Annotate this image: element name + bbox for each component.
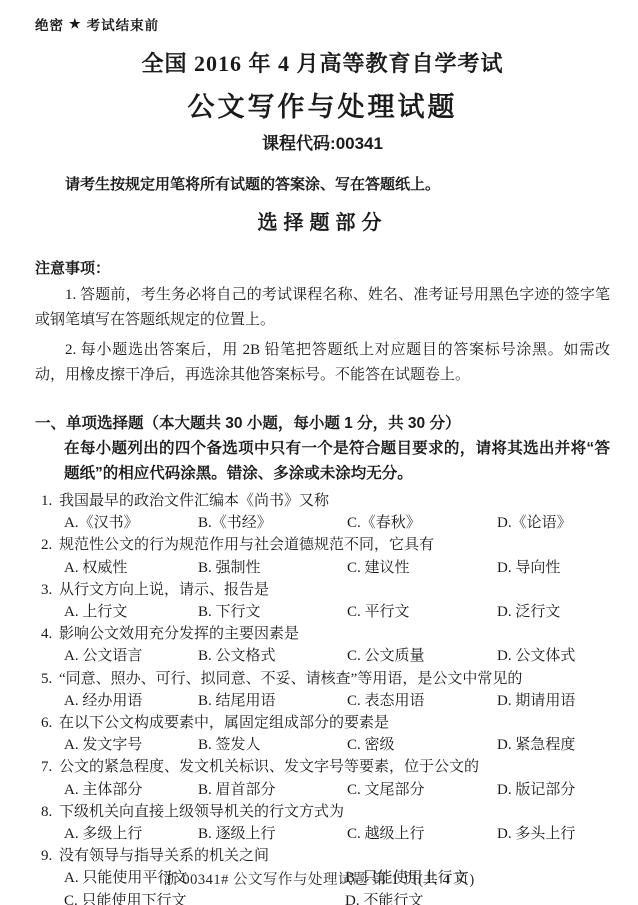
question-6: 6. 在以下公文构成要素中，属固定组成部分的要素是 A. 发文字号 B. 签发人… [35, 712, 610, 756]
option-d: D. 导向性 [497, 557, 610, 579]
section-title: 选择题部分 [35, 206, 610, 235]
option-a: A. 权威性 [64, 557, 198, 579]
question-number: 3. [35, 579, 59, 601]
option-b: B. 结尾用语 [198, 690, 347, 712]
secret-banner: 绝密 ★ 考试结束前 [35, 14, 610, 34]
option-b: B. 强制性 [198, 557, 347, 579]
option-a: A. 公文语言 [64, 645, 198, 667]
question-options: A. 经办用语 B. 结尾用语 C. 表态用语 D. 期请用语 [35, 690, 610, 712]
question-number: 5. [35, 668, 59, 690]
option-c: C. 越级上行 [347, 823, 497, 845]
question-3: 3. 从行文方向上说，请示、报告是 A. 上行文 B. 下行文 C. 平行文 D… [35, 579, 610, 623]
question-stem: 下级机关向直接上级领导机关的行文方式为 [59, 801, 610, 823]
question-1: 1. 我国最早的政治文件汇编本《尚书》又称 A.《汉书》 B.《书经》 C.《春… [35, 490, 610, 534]
part1-heading: 一、单项选择题（本大题共 30 小题，每小题 1 分，共 30 分） [35, 411, 610, 433]
question-number: 1. [35, 490, 59, 512]
option-d: D. 版记部分 [497, 779, 610, 801]
option-a: A. 上行文 [64, 601, 198, 623]
question-stem: 从行文方向上说，请示、报告是 [59, 579, 610, 601]
star-icon: ★ [69, 16, 82, 32]
question-4: 4. 影响公文效用充分发挥的主要因素是 A. 公文语言 B. 公文格式 C. 公… [35, 623, 610, 667]
question-8: 8. 下级机关向直接上级领导机关的行文方式为 A. 多级上行 B. 逐级上行 C… [35, 801, 610, 845]
question-7: 7. 公文的紧急程度、发文机关标识、发文字号等要素，位于公文的 A. 主体部分 … [35, 756, 610, 800]
option-b: B. 下行文 [198, 601, 347, 623]
option-d: D. 不能行文 [345, 890, 610, 905]
option-a: A. 发文字号 [64, 734, 198, 756]
answer-sheet-notice: 请考生按规定用笔将所有试题的答案涂、写在答题纸上。 [35, 173, 610, 194]
question-number: 6. [35, 712, 59, 734]
secret-suffix-label: 考试结束前 [87, 14, 160, 34]
question-number: 2. [35, 534, 59, 556]
option-a: A. 主体部分 [64, 779, 198, 801]
page-footer: 浙 00341# 公文写作与处理试题 第 1 页(共 4 页) [0, 868, 638, 889]
question-stem: 影响公文效用充分发挥的主要因素是 [59, 623, 610, 645]
option-c: C. 密级 [347, 734, 497, 756]
notes-title: 注意事项： [35, 257, 610, 278]
option-a: A.《汉书》 [64, 512, 198, 534]
question-options: A. 上行文 B. 下行文 C. 平行文 D. 泛行文 [35, 601, 610, 623]
question-options: A. 多级上行 B. 逐级上行 C. 越级上行 D. 多头上行 [35, 823, 610, 845]
part1-instruction: 在每小题列出的四个备选项中只有一个是符合题目要求的，请将其选出并将“答题纸”的相… [64, 436, 610, 486]
option-d: D. 紧急程度 [497, 734, 610, 756]
course-code: 课程代码:00341 [35, 129, 610, 154]
question-number: 7. [35, 756, 59, 778]
exam-paper-page: 绝密 ★ 考试结束前 全国 2016 年 4 月高等教育自学考试 公文写作与处理… [0, 0, 638, 905]
question-5: 5. “同意、照办、可行、拟同意、不妥、请核查”等用语，是公文中常见的 A. 经… [35, 668, 610, 712]
question-number: 8. [35, 801, 59, 823]
question-stem: 没有领导与指导关系的机关之间 [59, 845, 610, 867]
question-list: 1. 我国最早的政治文件汇编本《尚书》又称 A.《汉书》 B.《书经》 C.《春… [35, 490, 610, 905]
exam-title: 全国 2016 年 4 月高等教育自学考试 [35, 47, 610, 78]
question-number: 4. [35, 623, 59, 645]
option-d: D. 泛行文 [497, 601, 610, 623]
option-c: C. 平行文 [347, 601, 497, 623]
question-2: 2. 规范性公文的行为规范作用与社会道德规范不同，它具有 A. 权威性 B. 强… [35, 534, 610, 578]
question-options: A. 发文字号 B. 签发人 C. 密级 D. 紧急程度 [35, 734, 610, 756]
option-b: B. 眉首部分 [198, 779, 347, 801]
question-options: C. 只能使用下行文 D. 不能行文 [35, 890, 610, 905]
option-c: C. 表态用语 [347, 690, 497, 712]
question-number: 9. [35, 845, 59, 867]
question-options: A.《汉书》 B.《书经》 C.《春秋》 D.《论语》 [35, 512, 610, 534]
option-b: B. 逐级上行 [198, 823, 347, 845]
secret-label: 绝密 [35, 14, 64, 34]
option-d: D. 多头上行 [497, 823, 610, 845]
option-a: A. 多级上行 [64, 823, 198, 845]
question-stem: 我国最早的政治文件汇编本《尚书》又称 [59, 490, 610, 512]
option-d: D. 公文体式 [497, 645, 610, 667]
question-options: A. 权威性 B. 强制性 C. 建议性 D. 导向性 [35, 557, 610, 579]
option-b: B.《书经》 [198, 512, 347, 534]
option-d: D.《论语》 [497, 512, 610, 534]
option-c: C. 公文质量 [347, 645, 497, 667]
question-options: A. 公文语言 B. 公文格式 C. 公文质量 D. 公文体式 [35, 645, 610, 667]
option-c: C.《春秋》 [347, 512, 497, 534]
option-d: D. 期请用语 [497, 690, 610, 712]
option-c: C. 文尾部分 [347, 779, 497, 801]
question-options: A. 主体部分 B. 眉首部分 C. 文尾部分 D. 版记部分 [35, 779, 610, 801]
question-stem: 规范性公文的行为规范作用与社会道德规范不同，它具有 [59, 534, 610, 556]
question-stem: “同意、照办、可行、拟同意、不妥、请核查”等用语，是公文中常见的 [59, 668, 610, 690]
note-item-1: 1. 答题前，考生务必将自己的考试课程名称、姓名、准考证号用黑色字迹的签字笔或钢… [35, 283, 610, 333]
option-a: A. 经办用语 [64, 690, 198, 712]
question-stem: 在以下公文构成要素中，属固定组成部分的要素是 [59, 712, 610, 734]
note-item-2: 2. 每小题选出答案后，用 2B 铅笔把答题纸上对应题目的答案标号涂黑。如需改动… [35, 338, 610, 388]
option-c: C. 只能使用下行文 [64, 890, 345, 905]
option-b: B. 公文格式 [198, 645, 347, 667]
paper-title: 公文写作与处理试题 [35, 85, 610, 124]
option-c: C. 建议性 [347, 557, 497, 579]
question-stem: 公文的紧急程度、发文机关标识、发文字号等要素，位于公文的 [59, 756, 610, 778]
option-b: B. 签发人 [198, 734, 347, 756]
